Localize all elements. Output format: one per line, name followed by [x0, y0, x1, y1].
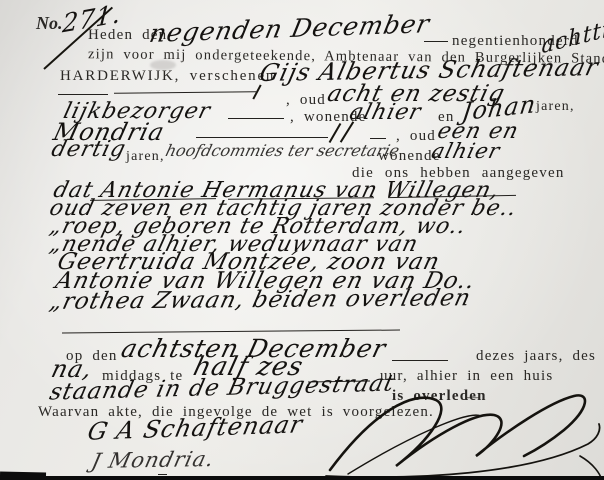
scan-edge-bottom — [0, 476, 604, 480]
blank-rule — [114, 91, 256, 94]
hw-registration-date: negenden December — [150, 9, 431, 48]
registrar-signature — [318, 382, 604, 480]
hw-declarant2-residence: alhier — [432, 139, 500, 163]
blank-rule — [228, 118, 284, 119]
blank-rule — [370, 138, 386, 139]
blank-rule — [196, 137, 328, 138]
signature-declarant2: J Mondria. — [92, 447, 215, 473]
blank-rule — [58, 94, 108, 95]
printed-oud-2: , oud — [396, 128, 436, 145]
scan-smudge — [150, 60, 176, 70]
blank-rule — [392, 360, 448, 361]
hw-declarant1-residence: alhier — [350, 100, 421, 125]
death-certificate-scan: No. 271. Heden den negenden December neg… — [0, 0, 604, 480]
blank-rule — [424, 41, 448, 42]
hw-declarant2-occupation: hoofdcommies ter secretarie — [166, 141, 399, 160]
printed-oud-1: , oud — [286, 92, 326, 109]
printed-jaren-1: jaren, — [536, 99, 575, 115]
printed-jaren-2: jaren, — [126, 149, 165, 165]
hw-declarant2-age-part2: dertig — [52, 137, 126, 162]
printed-municipality: HARDERWIJK, verschenen — [60, 68, 275, 85]
scan-edge-bottom-left — [0, 472, 46, 480]
hw-deceased-line-7: „rothea Zwaan, beiden overleden — [50, 285, 471, 315]
record-number-label: No. — [36, 13, 63, 34]
printed-dezes-jaars: dezes jaars, des — [476, 348, 596, 365]
